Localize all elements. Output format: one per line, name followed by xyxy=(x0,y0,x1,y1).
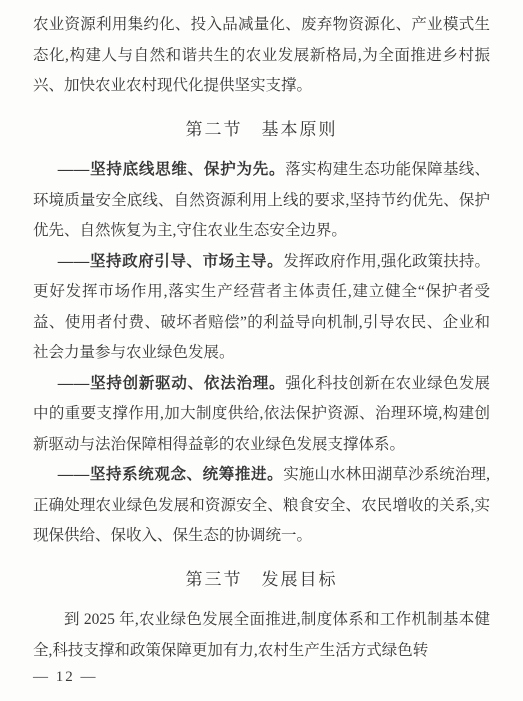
em-dash: —— xyxy=(58,375,90,392)
principle-paragraph-government-market: ——坚持政府引导、市场主导。发挥政府作用,强化政策扶持。更好发挥市场作用,落实生… xyxy=(33,247,490,369)
principle-lead-text: 坚持创新驱动、依法治理。 xyxy=(90,375,285,392)
page-number: — 12 — xyxy=(33,662,98,693)
principle-lead-text: 坚持底线思维、保护为先。 xyxy=(90,161,285,178)
em-dash: —— xyxy=(58,466,90,483)
section-heading-basic-principles: 第二节 基本原则 xyxy=(33,115,490,146)
principle-lead-systematic: ——坚持系统观念、统筹推进。 xyxy=(58,466,283,483)
principle-lead-government-market: ——坚持政府引导、市场主导。 xyxy=(58,253,283,270)
principle-lead-innovation-law: ——坚持创新驱动、依法治理。 xyxy=(58,375,285,392)
principle-paragraph-bottom-line: ——坚持底线思维、保护为先。落实构建生态功能保障基线、环境质量安全底线、自然资源… xyxy=(33,155,490,247)
principle-lead-text: 坚持政府引导、市场主导。 xyxy=(90,253,283,270)
intro-continuation-paragraph: 农业资源利用集约化、投入品减量化、废弃物资源化、产业模式生态化,构建人与自然和谐… xyxy=(33,10,490,102)
document-page: 农业资源利用集约化、投入品减量化、废弃物资源化、产业模式生态化,构建人与自然和谐… xyxy=(0,0,523,701)
principle-lead-text: 坚持系统观念、统筹推进。 xyxy=(90,466,283,483)
principle-lead-bottom-line: ——坚持底线思维、保护为先。 xyxy=(58,161,285,178)
em-dash: —— xyxy=(58,161,90,178)
em-dash: —— xyxy=(58,253,90,270)
principle-paragraph-systematic: ——坚持系统观念、统筹推进。实施山水林田湖草沙系统治理,正确处理农业绿色发展和资… xyxy=(33,460,490,552)
principle-paragraph-innovation-law: ——坚持创新驱动、依法治理。强化科技创新在农业绿色发展中的重要支撑作用,加大制度… xyxy=(33,369,490,461)
section-heading-development-goals: 第三节 发展目标 xyxy=(33,565,490,596)
goal-paragraph-2025: 到 2025 年,农业绿色发展全面推进,制度体系和工作机制基本健全,科技支撑和政… xyxy=(33,605,490,666)
